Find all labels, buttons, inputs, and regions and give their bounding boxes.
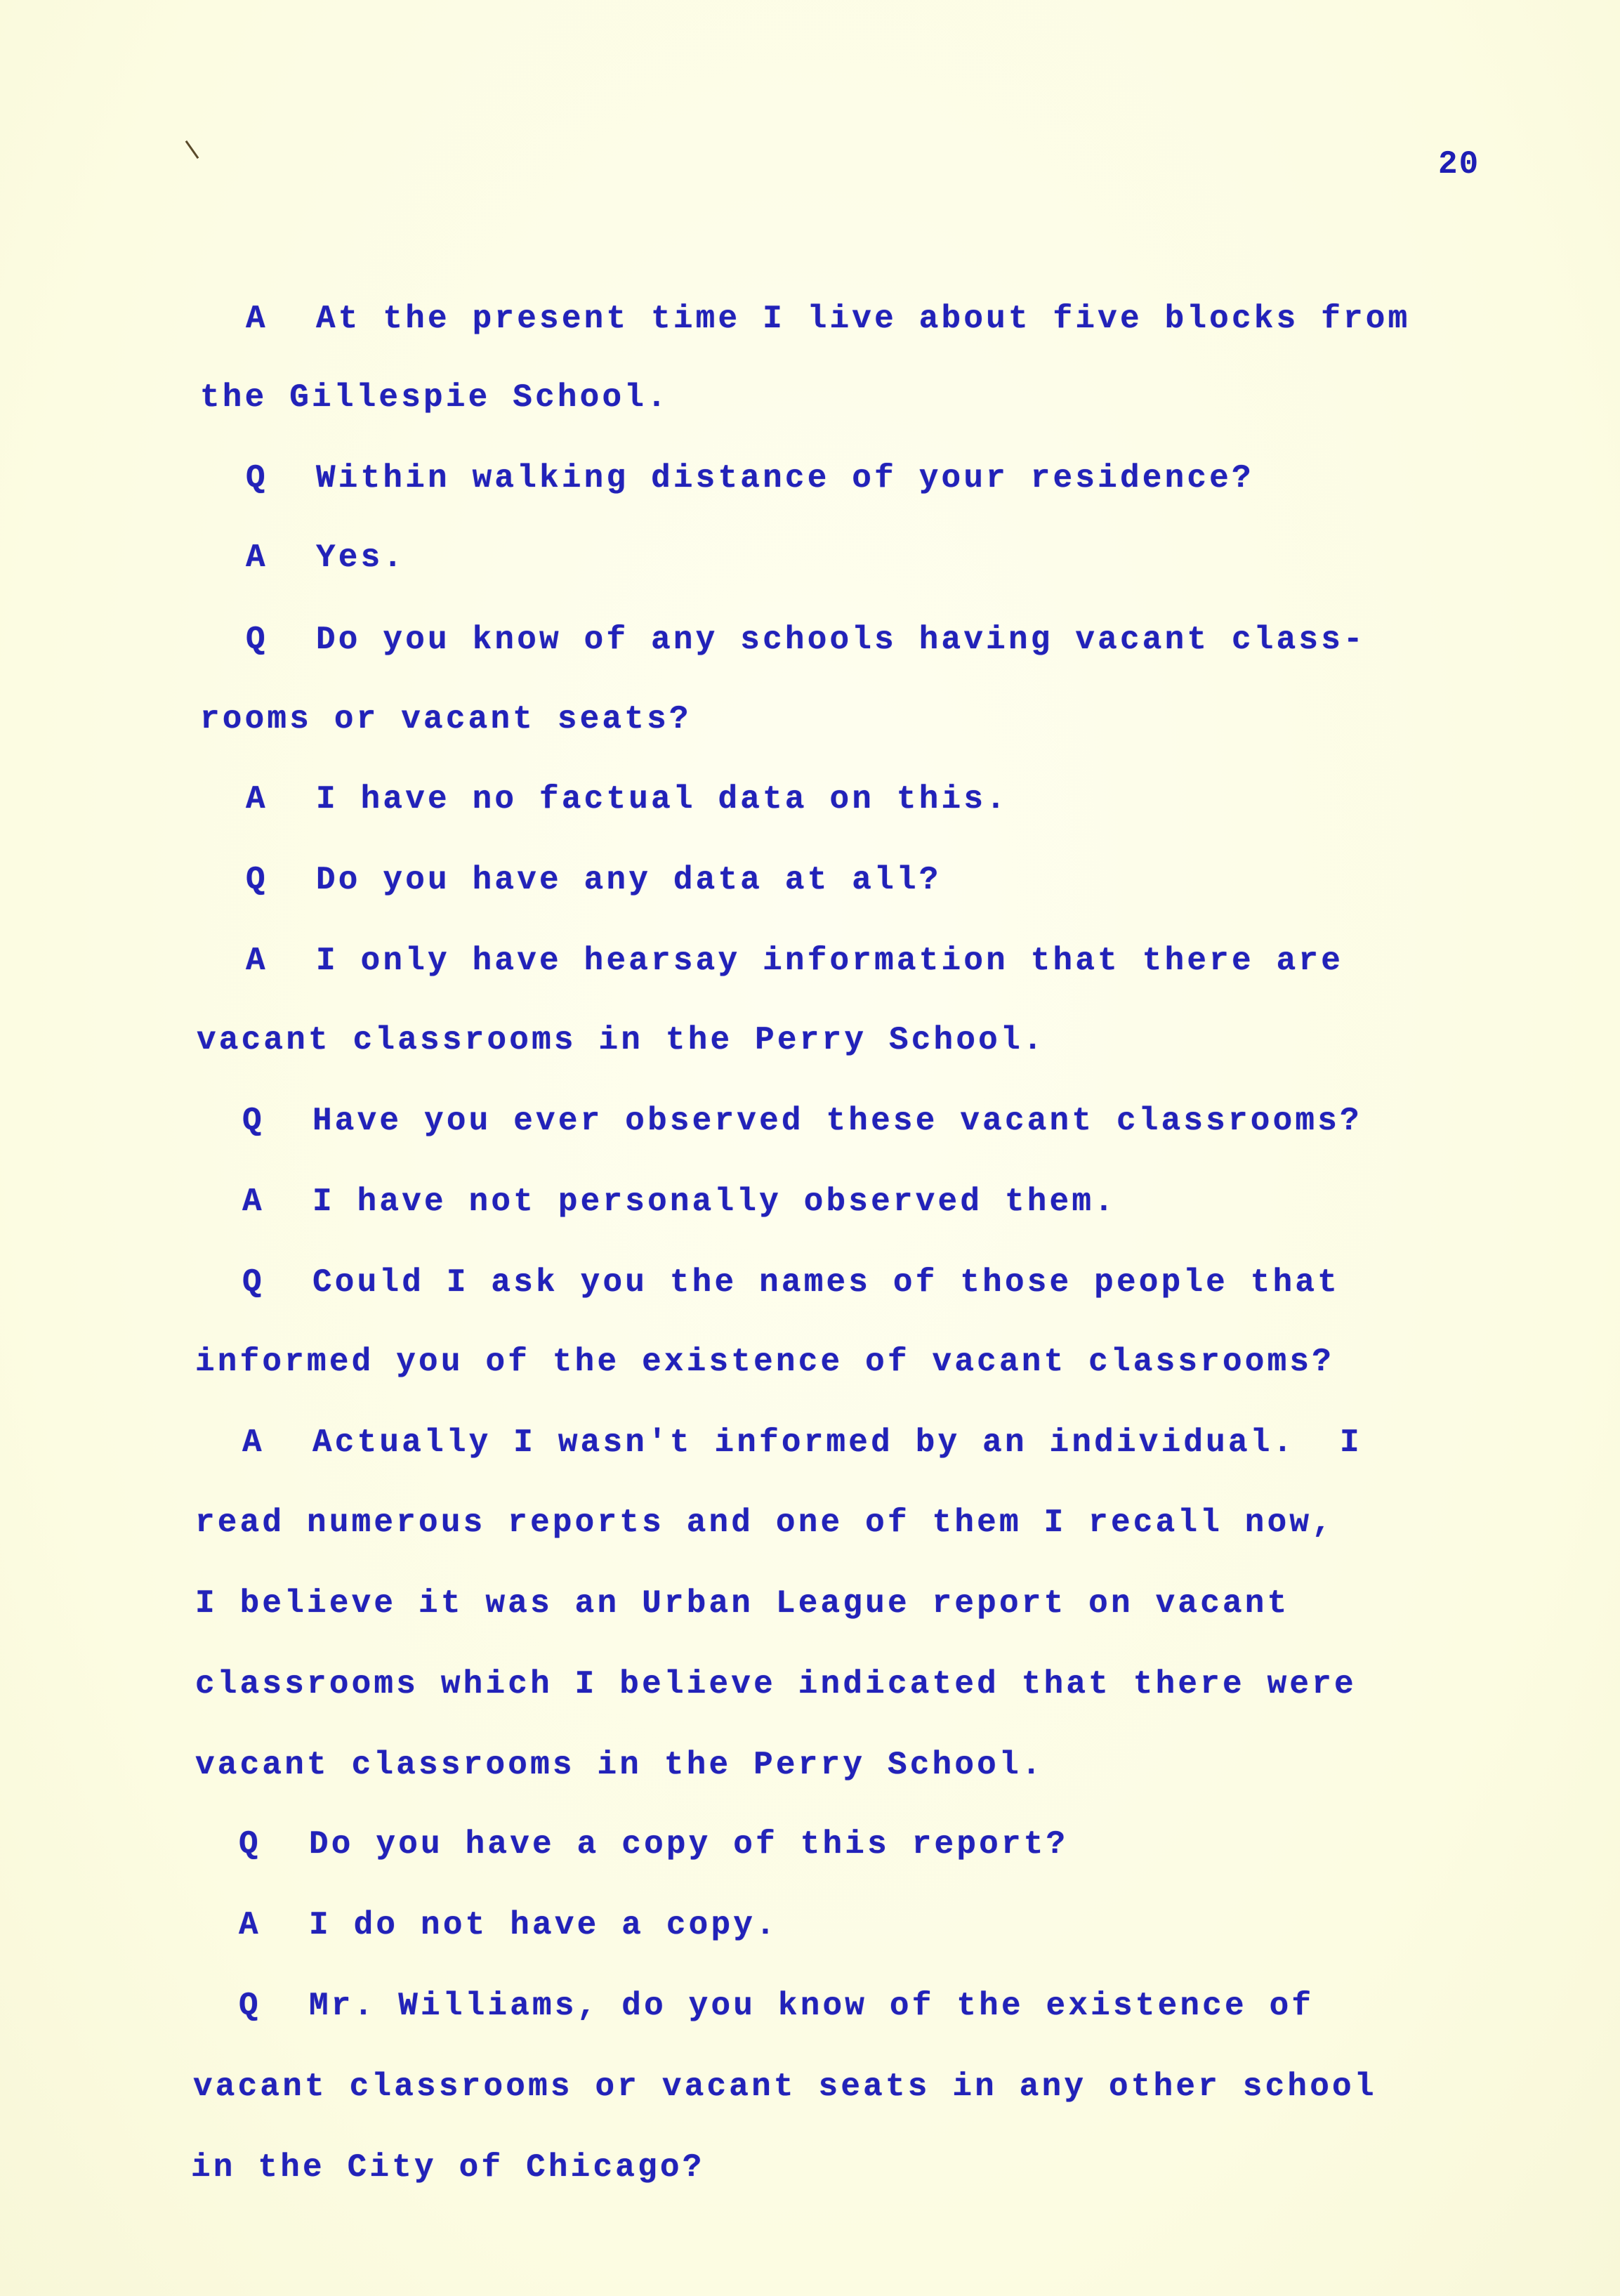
line-text: vacant classrooms in the Perry School. — [197, 1022, 1046, 1058]
line-text: Actually I wasn't informed by an individ… — [312, 1424, 1362, 1461]
line-text: read numerous reports and one of them I … — [195, 1504, 1334, 1541]
speaker-label: Q — [246, 622, 316, 658]
line-text: I only have hearsay information that the… — [316, 943, 1343, 979]
answer-line: AI do not have a copy. — [239, 1907, 778, 1943]
speaker-label: A — [246, 943, 316, 979]
answer-line: AI have not personally observed them. — [242, 1183, 1117, 1220]
question-line: QDo you have any data at all? — [246, 862, 942, 898]
speaker-label: Q — [242, 1264, 312, 1301]
question-line: QCould I ask you the names of those peop… — [242, 1264, 1340, 1301]
continuation-line: the Gillespie School. — [200, 379, 669, 416]
continuation-line: informed you of the existence of vacant … — [195, 1344, 1334, 1380]
answer-line: AI only have hearsay information that th… — [246, 943, 1343, 979]
line-text: Within walking distance of your residenc… — [316, 460, 1254, 497]
speaker-label: Q — [239, 1826, 309, 1863]
typewritten-page: 20 AAt the present time I live about fiv… — [0, 0, 1620, 2296]
line-text: At the present time I live about five bl… — [316, 301, 1410, 337]
question-line: QDo you have a copy of this report? — [239, 1826, 1068, 1863]
answer-line: AActually I wasn't informed by an indivi… — [242, 1424, 1362, 1461]
line-text: I have not personally observed them. — [312, 1183, 1117, 1220]
speaker-label: Q — [246, 460, 316, 497]
line-text: the Gillespie School. — [200, 379, 669, 416]
line-text: I have no factual data on this. — [316, 781, 1008, 818]
line-text: I do not have a copy. — [309, 1907, 778, 1943]
continuation-line: rooms or vacant seats? — [200, 701, 692, 737]
line-text: Have you ever observed these vacant clas… — [312, 1103, 1362, 1139]
speaker-label: A — [242, 1424, 312, 1461]
line-text: Yes. — [316, 539, 405, 576]
line-text: Mr. Williams, do you know of the existen… — [309, 1988, 1314, 2024]
continuation-line: vacant classrooms in the Perry School. — [195, 1747, 1044, 1783]
question-line: QMr. Williams, do you know of the existe… — [239, 1988, 1314, 2024]
line-text: rooms or vacant seats? — [200, 701, 692, 737]
speaker-label: A — [246, 301, 316, 337]
answer-line: AI have no factual data on this. — [246, 781, 1008, 818]
speaker-label: A — [242, 1183, 312, 1220]
speaker-label: Q — [239, 1988, 309, 2024]
line-text: Do you have a copy of this report? — [309, 1826, 1068, 1863]
stray-pen-mark — [185, 140, 199, 159]
speaker-label: Q — [246, 862, 316, 898]
continuation-line: vacant classrooms in the Perry School. — [197, 1022, 1046, 1058]
question-line: QDo you know of any schools having vacan… — [246, 622, 1366, 658]
continuation-line: vacant classrooms or vacant seats in any… — [193, 2068, 1377, 2105]
line-text: Could I ask you the names of those peopl… — [312, 1264, 1340, 1301]
line-text: Do you know of any schools having vacant… — [316, 622, 1366, 658]
speaker-label: A — [246, 539, 316, 576]
continuation-line: in the City of Chicago? — [191, 2149, 705, 2186]
continuation-line: read numerous reports and one of them I … — [195, 1504, 1334, 1541]
speaker-label: Q — [242, 1103, 312, 1139]
line-text: in the City of Chicago? — [191, 2149, 705, 2186]
answer-line: AAt the present time I live about five b… — [246, 301, 1410, 337]
page-number: 20 — [1438, 146, 1480, 183]
answer-line: AYes. — [246, 539, 405, 576]
line-text: informed you of the existence of vacant … — [195, 1344, 1334, 1380]
line-text: classrooms which I believe indicated tha… — [195, 1666, 1357, 1703]
line-text: I believe it was an Urban League report … — [195, 1585, 1289, 1622]
line-text: vacant classrooms in the Perry School. — [195, 1747, 1044, 1783]
line-text: vacant classrooms or vacant seats in any… — [193, 2068, 1377, 2105]
speaker-label: A — [239, 1907, 309, 1943]
speaker-label: A — [246, 781, 316, 818]
question-line: QHave you ever observed these vacant cla… — [242, 1103, 1362, 1139]
line-text: Do you have any data at all? — [316, 862, 942, 898]
continuation-line: classrooms which I believe indicated tha… — [195, 1666, 1357, 1703]
question-line: QWithin walking distance of your residen… — [246, 460, 1254, 497]
continuation-line: I believe it was an Urban League report … — [195, 1585, 1289, 1622]
